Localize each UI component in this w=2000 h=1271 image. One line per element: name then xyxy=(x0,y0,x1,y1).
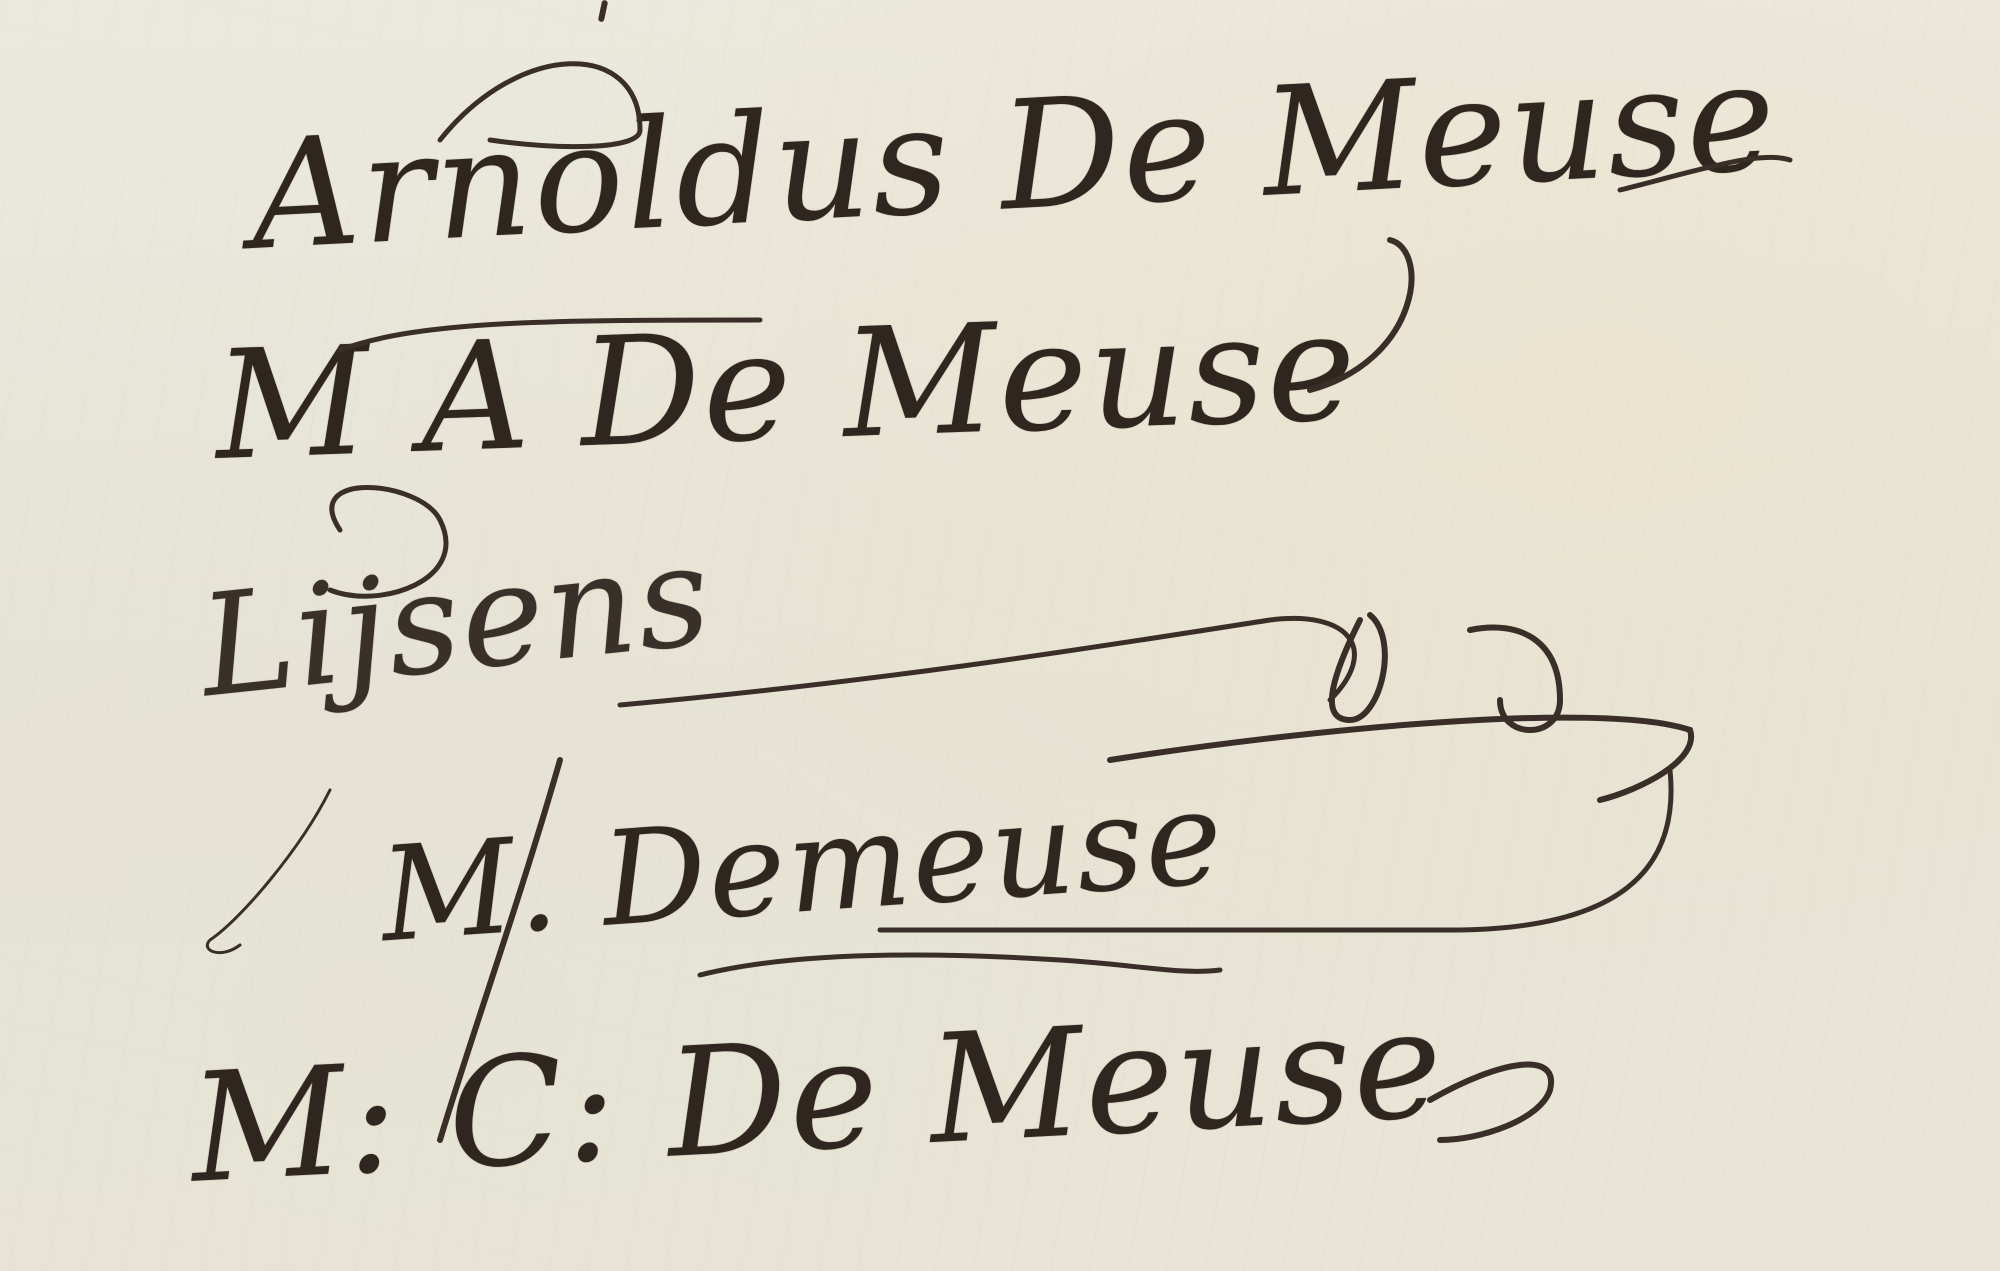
flourish-loops-right xyxy=(1332,615,1385,720)
ink-stroke-fragment xyxy=(598,0,608,22)
flourish-final-swash xyxy=(1430,1065,1551,1140)
signature-lijsens: Lijsens xyxy=(193,514,719,730)
signature-m-demeuse: M. Demeuse xyxy=(376,761,1229,972)
signature-m-c-de-meuse: M: C: De Meuse xyxy=(186,977,1448,1216)
flourish-lijsens-sweep xyxy=(620,618,1354,705)
flourish-demeuse-underline xyxy=(700,955,1220,975)
signature-m-a-de-meuse: M A De Meuse xyxy=(212,280,1360,494)
manuscript-page: Arnoldus De Meuse M A De Meuse Lijsens M… xyxy=(0,0,2000,1271)
signature-arnoldus-de-meuse: Arnoldus De Meuse xyxy=(246,30,1781,284)
flourish-faint-left-loop xyxy=(207,790,330,953)
flourish-loops-right-2 xyxy=(1470,628,1560,730)
